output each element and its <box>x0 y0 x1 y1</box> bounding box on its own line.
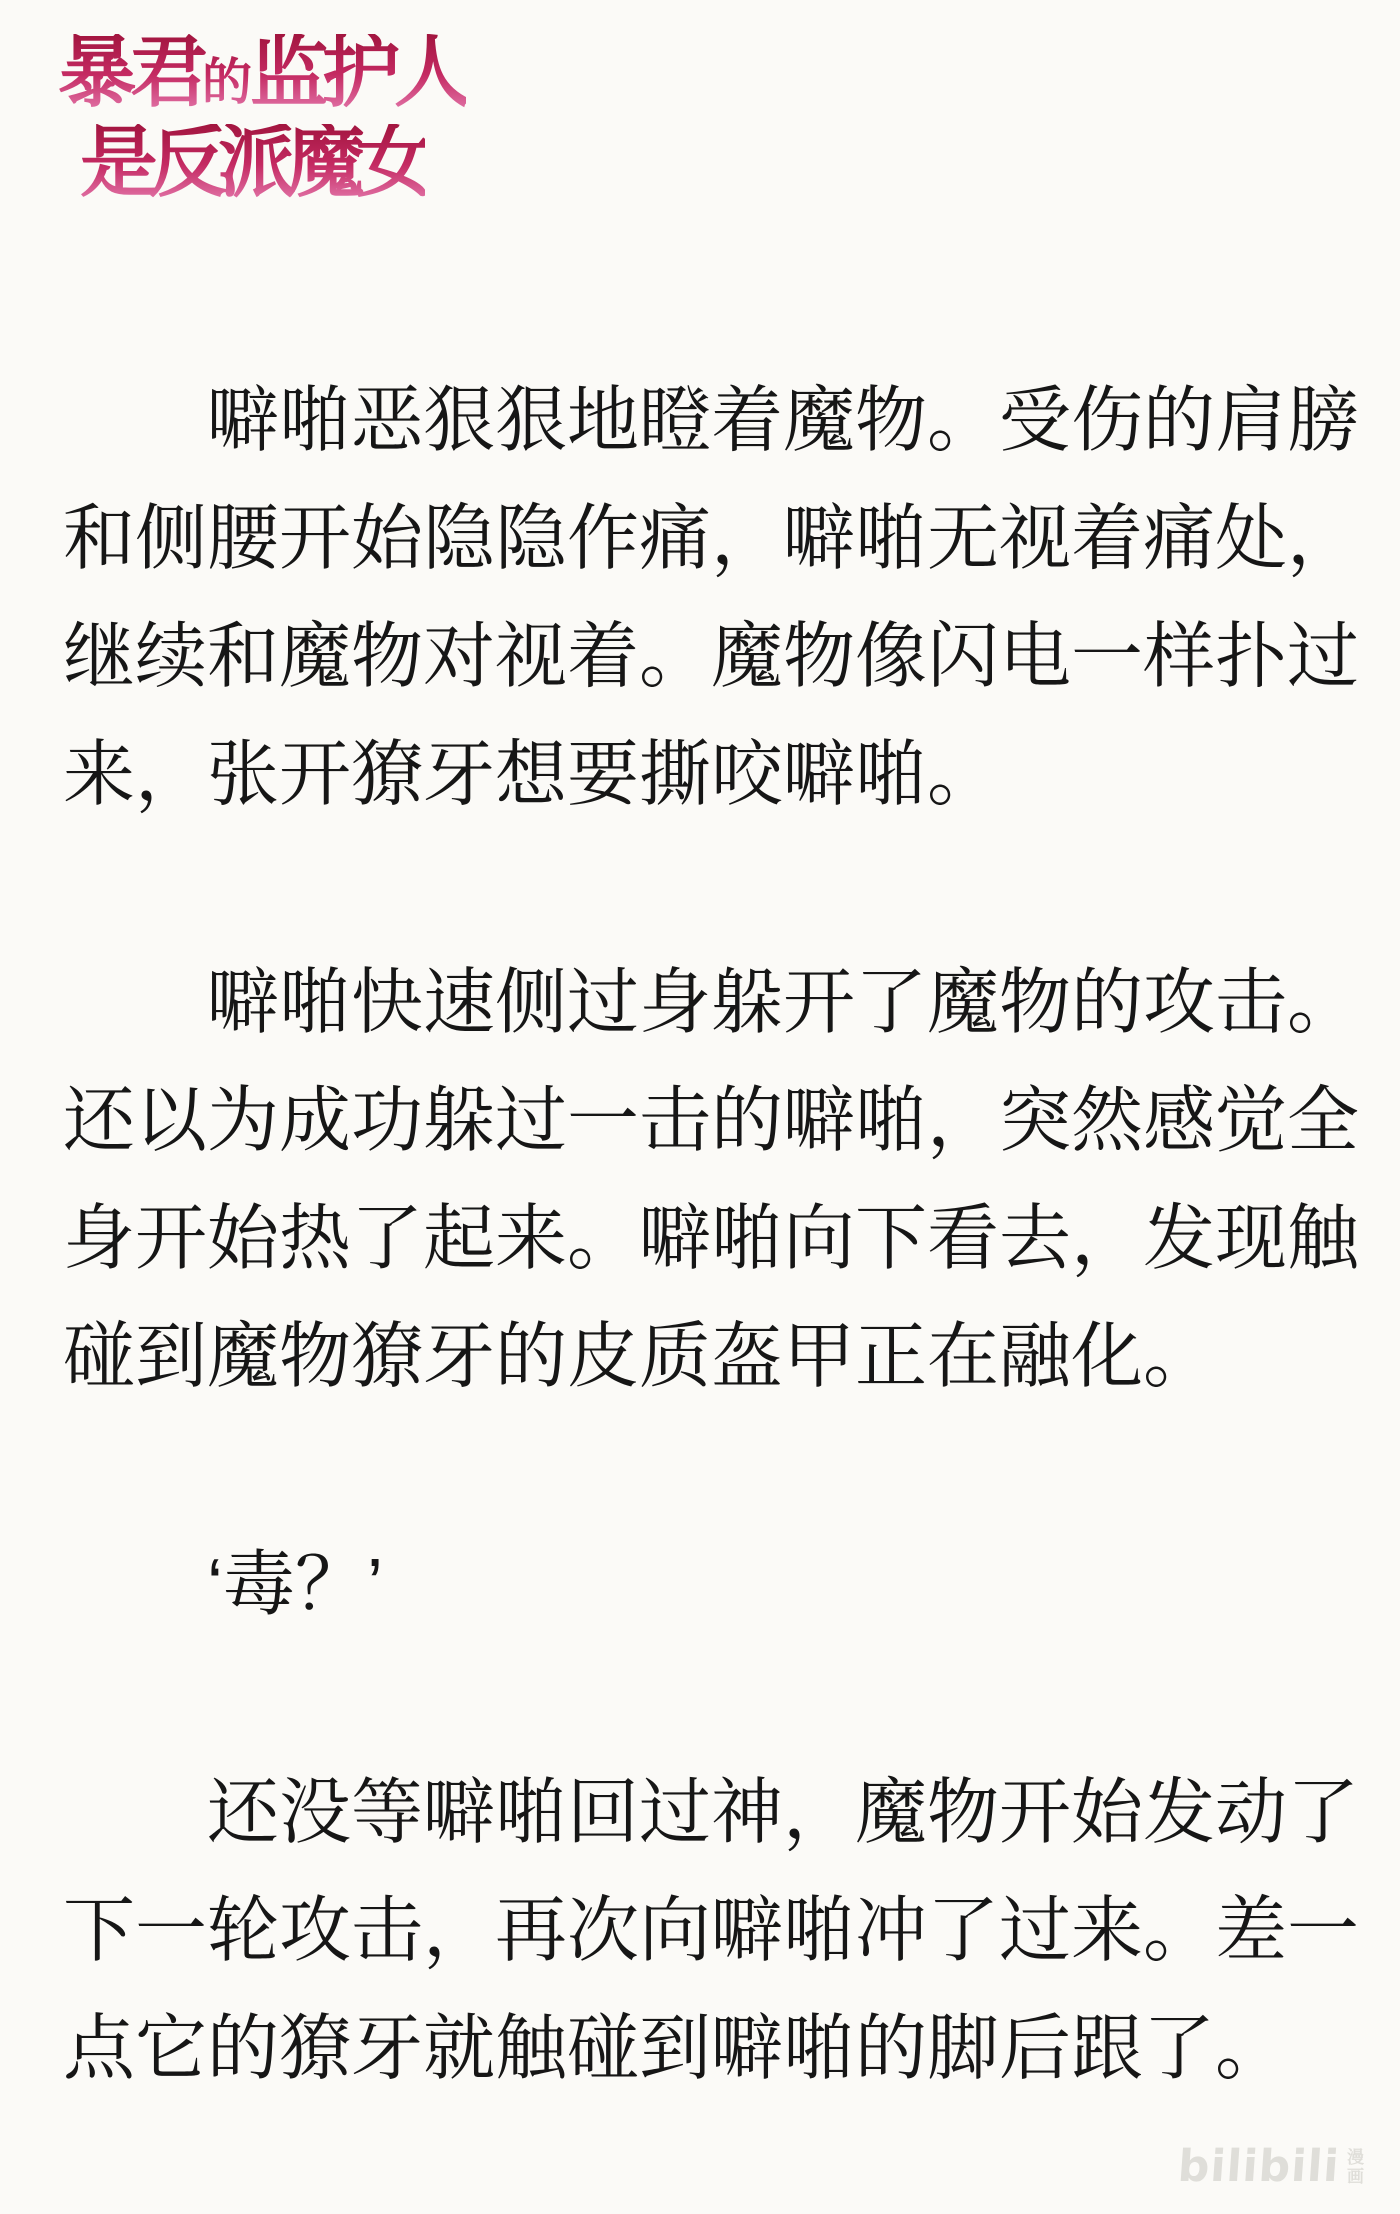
quote-paragraph: ‘毒？’ <box>63 1526 1359 1644</box>
novel-text-body: 噼啪恶狠狠地瞪着魔物。受伤的肩膀和侧腰开始隐隐作痛，噼啪无视着痛处，继续和魔物对… <box>0 362 1400 2214</box>
manga-label-char-1: 漫 <box>1347 2148 1364 2167</box>
logo-line-1: 暴君的监护人 <box>58 34 466 112</box>
logo-line1-post: 监护人 <box>250 29 466 116</box>
logo-line1-small-char: 的 <box>202 54 250 110</box>
manga-label: 漫 画 <box>1347 2148 1364 2186</box>
manga-label-char-2: 画 <box>1347 2167 1364 2186</box>
logo-line-2: 是反派魔女 <box>80 124 466 202</box>
series-logo: 暴君的监护人 是反派魔女 <box>58 34 466 202</box>
page-background: { "theme": { "bg": "#fbfaf7", "text": "#… <box>0 0 1400 2214</box>
paragraph-2: 噼啪快速侧过身躲开了魔物的攻击。还以为成功躲过一击的噼啪，突然感觉全身开始热了起… <box>63 944 1359 1416</box>
bilibili-watermark: bilibili 漫 画 <box>1178 2141 1364 2192</box>
bilibili-logo-text: bilibili <box>1176 2141 1341 2192</box>
logo-line2-text: 是反派魔女 <box>80 124 425 202</box>
paragraph-3: 还没等噼啪回过神，魔物开始发动了下一轮攻击，再次向噼啪冲了过来。差一点它的獠牙就… <box>63 1754 1359 2108</box>
paragraph-1: 噼啪恶狠狠地瞪着魔物。受伤的肩膀和侧腰开始隐隐作痛，噼啪无视着痛处，继续和魔物对… <box>63 362 1359 834</box>
logo-line1-pre: 暴君 <box>58 29 202 116</box>
